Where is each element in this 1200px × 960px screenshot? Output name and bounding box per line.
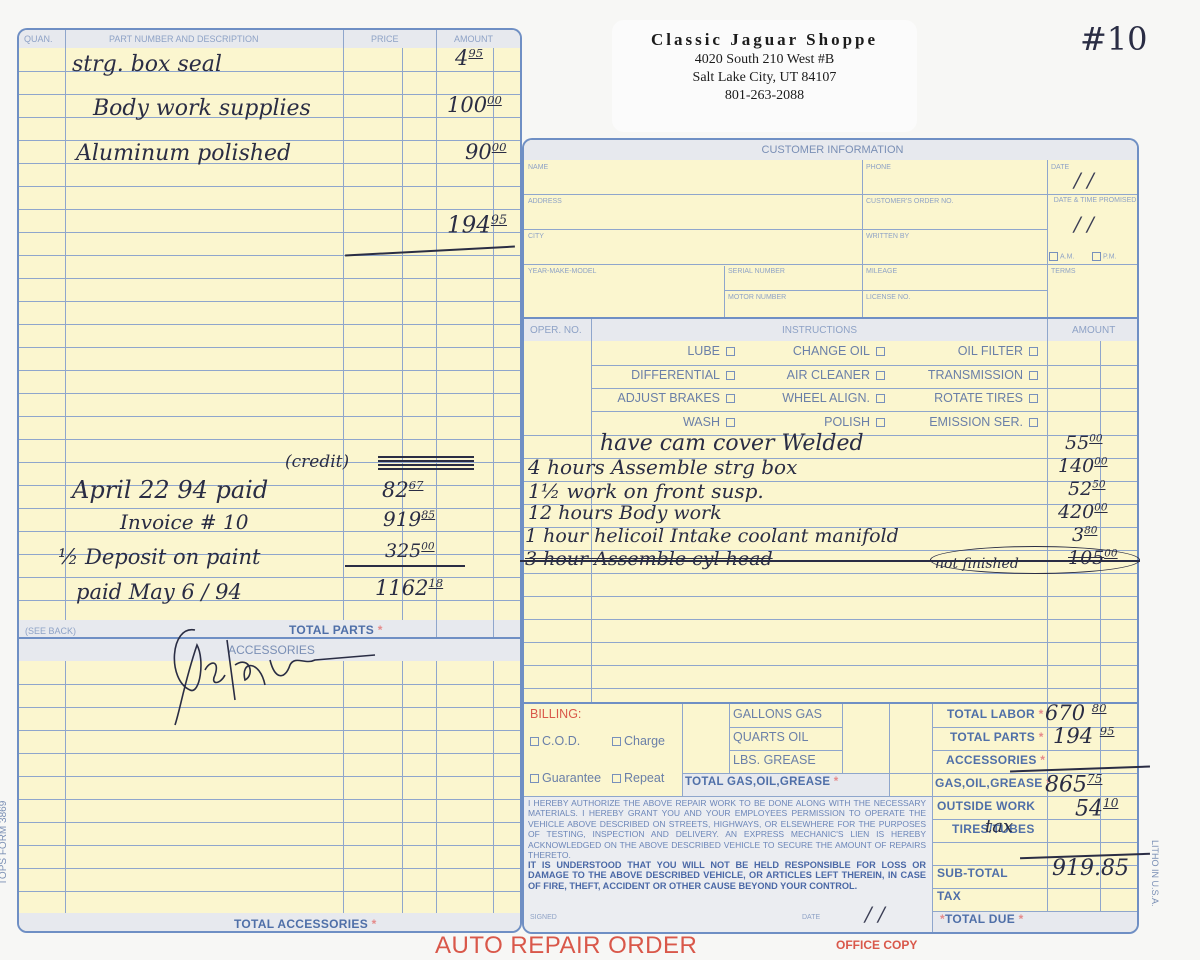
lube-checkbox[interactable]: LUBE — [620, 344, 735, 358]
tax-handwritten: tax — [985, 816, 1013, 837]
charge-checkbox[interactable]: Charge — [612, 734, 665, 748]
credit-note: (credit) — [285, 452, 349, 472]
phone-field[interactable]: PHONE — [866, 164, 891, 171]
price-header: PRICE — [371, 34, 399, 44]
total-due-label: *TOTAL DUE * — [940, 912, 1024, 926]
total-labor-value: 670 80 — [1045, 701, 1106, 725]
labor-row-3: 1½ work on front susp. — [528, 479, 764, 503]
date-time-promised-field[interactable]: DATE & TIME PROMISED — [1052, 197, 1138, 204]
city-field[interactable]: CITY — [528, 233, 544, 240]
adjust-brakes-checkbox[interactable]: ADJUST BRAKES — [585, 391, 735, 405]
gallons-gas-label: GALLONS GAS — [733, 707, 822, 721]
customer-info-header: CUSTOMER INFORMATION — [524, 140, 1139, 160]
sub-total-value: 919.85 — [1052, 856, 1129, 881]
total-accessories-label: TOTAL ACCESSORIES * — [234, 917, 377, 931]
shop-name: Classic Jaguar Shoppe — [612, 30, 917, 50]
shop-phone: 801-263-2088 — [612, 88, 917, 104]
deposit-underline — [345, 565, 465, 567]
lbs-grease-label: LBS. GREASE — [733, 753, 816, 767]
total-labor-label: TOTAL LABOR * — [947, 707, 1044, 721]
shop-city: Salt Lake City, UT 84107 — [612, 70, 917, 86]
am-checkbox[interactable]: A.M. — [1049, 252, 1074, 261]
labor-row-1: have cam cover Welded — [600, 431, 864, 456]
billing-label: BILLING: — [530, 707, 581, 721]
scribbled-out-amount — [378, 454, 474, 470]
parts-subtotal: 19495 — [447, 212, 507, 239]
part-row-3-amount: 9000 — [465, 140, 506, 164]
not-finished-loop — [930, 546, 1140, 574]
amount-header: AMOUNT — [454, 34, 493, 44]
amount-header-right: AMOUNT — [1072, 325, 1115, 336]
accessories-summary-label: ACCESSORIES * — [946, 753, 1045, 767]
note-april-amount: 8267 — [382, 478, 423, 502]
labor-row-5: 1 hour helicoil Intake coolant manifold — [525, 525, 899, 547]
note-paid-may-amount: 116218 — [375, 576, 443, 600]
promised-value: / / — [1074, 212, 1094, 236]
date-value: / / — [1074, 168, 1094, 192]
auth-date-field[interactable]: DATE — [802, 914, 820, 921]
customer-signature — [165, 620, 415, 730]
sub-total-label: SUB-TOTAL — [937, 866, 1008, 880]
note-april-paid: April 22 94 paid — [72, 476, 268, 504]
note-invoice-amount: 91985 — [383, 507, 435, 531]
customer-order-field[interactable]: CUSTOMER'S ORDER NO. — [866, 198, 954, 205]
total-parts-summary-label: TOTAL PARTS * — [950, 730, 1044, 744]
office-copy-label: OFFICE COPY — [836, 938, 917, 952]
license-no-field[interactable]: LICENSE NO. — [866, 294, 910, 301]
outside-work-label: OUTSIDE WORK — [937, 799, 1035, 813]
quarts-oil-label: QUARTS OIL — [733, 730, 808, 744]
repeat-checkbox[interactable]: Repeat — [612, 771, 664, 785]
guarantee-checkbox[interactable]: Guarantee — [530, 771, 601, 785]
part-row-2-amount: 10000 — [447, 93, 502, 117]
litho-note: LITHO IN U.S.A. — [1150, 840, 1160, 907]
note-deposit: ½ Deposit on paint — [58, 545, 260, 569]
gas-oil-grease-summary-label: GAS,OIL,GREASE * — [935, 776, 1051, 790]
quan-header: QUAN. — [24, 34, 53, 44]
labor-row-6-struck: 3 hour Assemble cyl head — [525, 548, 773, 570]
oper-no-header: OPER. NO. — [530, 325, 582, 336]
wheel-align-checkbox[interactable]: WHEEL ALIGN. — [740, 391, 885, 405]
parts-header-row — [19, 30, 522, 48]
labor-row-2: 4 hours Assemble strg box — [528, 455, 797, 479]
mileage-field[interactable]: MILEAGE — [866, 268, 897, 275]
part-row-3-desc: Aluminum polished — [76, 141, 291, 166]
total-gas-oil-grease-label: TOTAL GAS,OIL,GREASE * — [685, 776, 839, 788]
part-row-1-amount: 495 — [455, 46, 483, 70]
total-parts-value: 194 95 — [1053, 724, 1114, 748]
labor-row-5-amount: 380 — [1072, 524, 1097, 546]
outside-work-value: 5410 — [1075, 796, 1118, 821]
differential-checkbox[interactable]: DIFFERENTIAL — [600, 368, 735, 382]
change-oil-checkbox[interactable]: CHANGE OIL — [740, 344, 885, 358]
labor-row-3-amount: 5250 — [1068, 478, 1105, 500]
customer-info-panel: CUSTOMER INFORMATION NAME PHONE DATE / /… — [522, 138, 1139, 318]
air-cleaner-checkbox[interactable]: AIR CLEANER — [740, 368, 885, 382]
description-header: PART NUMBER AND DESCRIPTION — [109, 34, 259, 44]
terms-field[interactable]: TERMS — [1051, 268, 1076, 275]
part-row-2-desc: Body work supplies — [93, 96, 311, 121]
pm-checkbox[interactable]: P.M. — [1092, 252, 1117, 261]
address-field[interactable]: ADDRESS — [528, 198, 562, 205]
instructions-header: INSTRUCTIONS — [782, 325, 857, 336]
labor-row-4-amount: 42000 — [1058, 501, 1108, 523]
serial-number-field[interactable]: SERIAL NUMBER — [728, 268, 785, 275]
oil-filter-checkbox[interactable]: OIL FILTER — [890, 344, 1038, 358]
name-field[interactable]: NAME — [528, 164, 548, 171]
labor-row-2-amount: 14000 — [1058, 455, 1108, 477]
note-paid-may: paid May 6 / 94 — [76, 580, 242, 604]
emission-ser-checkbox[interactable]: EMISSION SER. — [890, 415, 1038, 429]
shop-address: 4020 South 210 West #B — [612, 52, 917, 68]
gas-oil-grease-value: 86575 — [1045, 772, 1102, 797]
rotate-tires-checkbox[interactable]: ROTATE TIRES — [890, 391, 1038, 405]
cod-checkbox[interactable]: C.O.D. — [530, 734, 580, 748]
form-id: TOPS FORM 3869 — [0, 801, 9, 885]
date-field[interactable]: DATE — [1051, 164, 1069, 171]
signed-field[interactable]: SIGNED — [530, 914, 557, 921]
shop-label: Classic Jaguar Shoppe 4020 South 210 Wes… — [612, 20, 917, 132]
labor-row-1-amount: 5500 — [1065, 432, 1102, 454]
tax-label: TAX — [937, 889, 961, 903]
liability-disclaimer: IT IS UNDERSTOOD THAT YOU WILL NOT BE HE… — [528, 860, 926, 891]
authorization-text: I HEREBY AUTHORIZE THE ABOVE REPAIR WORK… — [528, 798, 926, 860]
see-back-label: (SEE BACK) — [25, 626, 76, 636]
wash-checkbox[interactable]: WASH — [620, 415, 735, 429]
year-make-model-field[interactable]: YEAR-MAKE-MODEL — [528, 268, 596, 275]
form-title: AUTO REPAIR ORDER — [435, 932, 697, 960]
polish-checkbox[interactable]: POLISH — [740, 415, 885, 429]
written-by-field[interactable]: WRITTEN BY — [866, 233, 909, 240]
note-deposit-amount: 32500 — [385, 540, 435, 562]
note-invoice: Invoice # 10 — [120, 510, 248, 534]
transmission-checkbox[interactable]: TRANSMISSION — [890, 368, 1038, 382]
motor-number-field[interactable]: MOTOR NUMBER — [728, 294, 786, 301]
auth-date-value: / / — [865, 902, 885, 926]
labor-row-4: 12 hours Body work — [528, 502, 722, 524]
order-number: #10 — [1080, 20, 1148, 58]
part-row-1-desc: strg. box seal — [72, 52, 222, 77]
